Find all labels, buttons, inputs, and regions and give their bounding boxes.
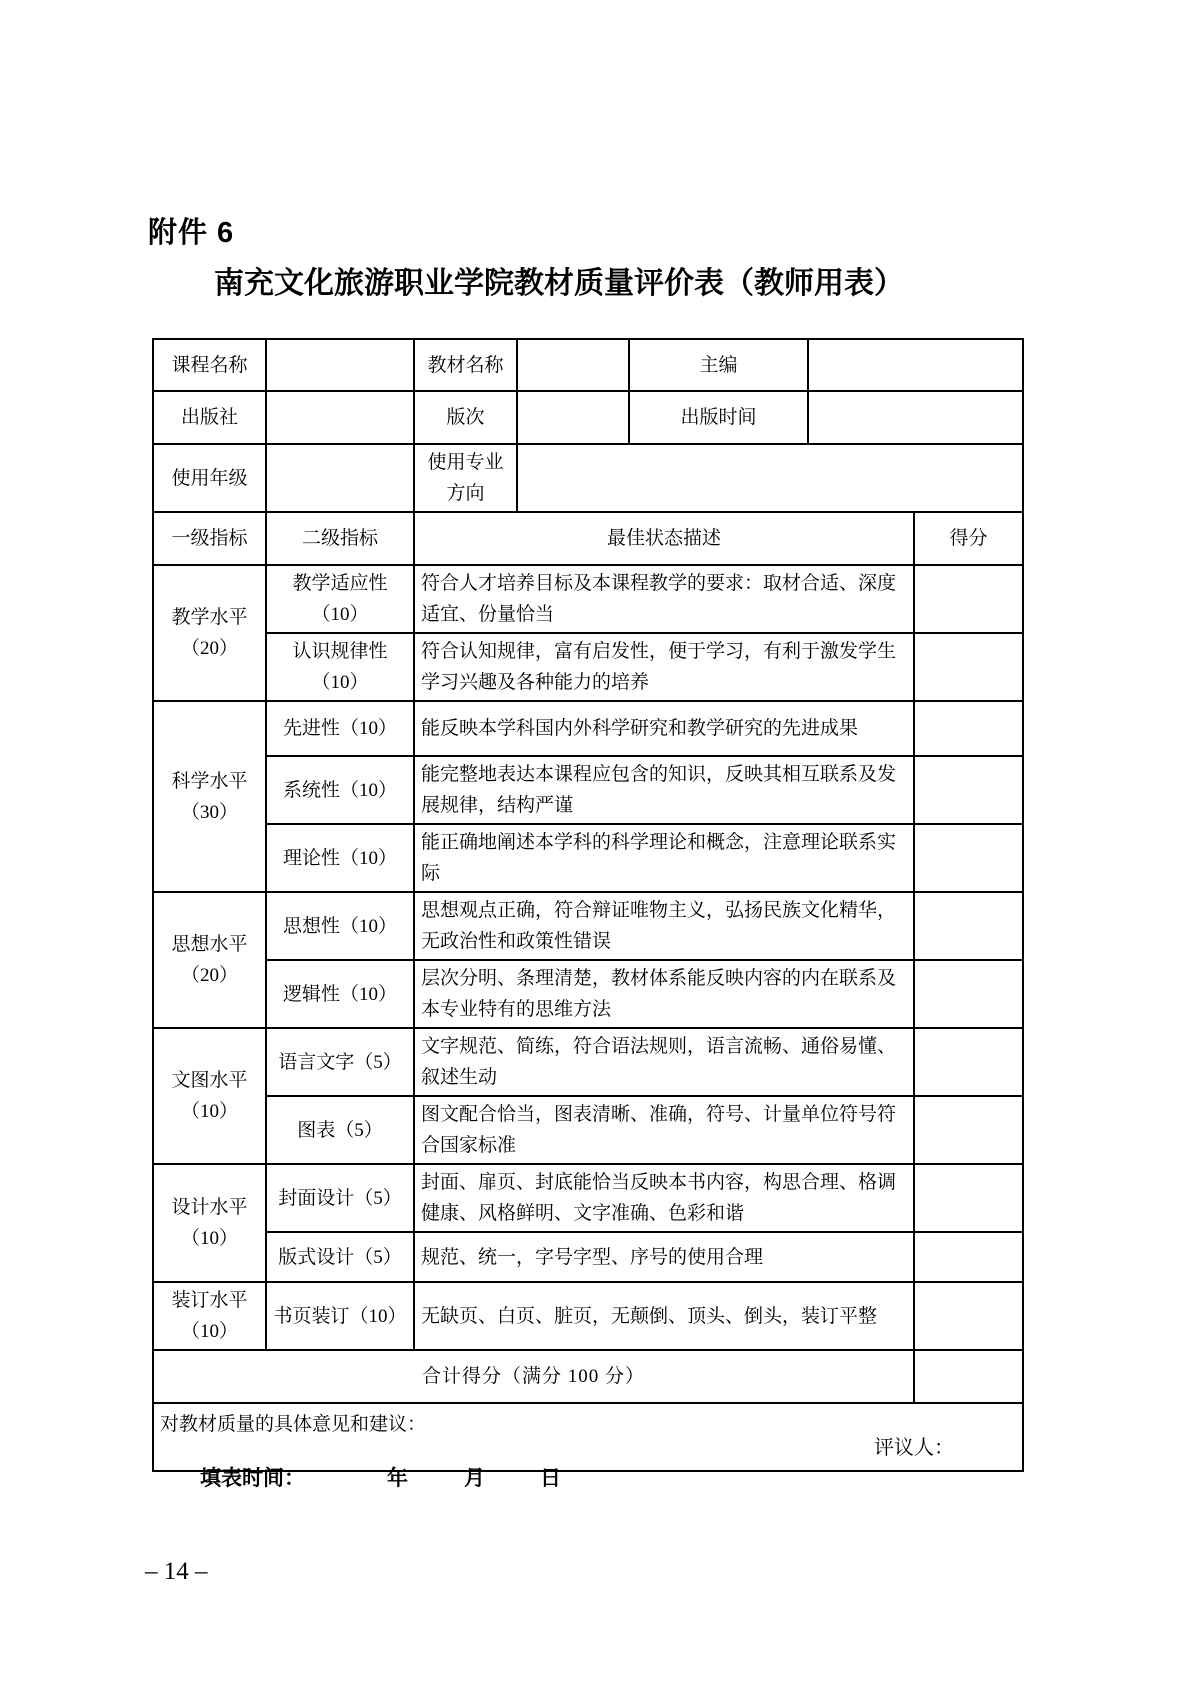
major-direction-value-cell xyxy=(517,444,1023,512)
fill-date-line: 填表时间：年月日 xyxy=(200,1462,561,1492)
score-cell xyxy=(914,1028,1023,1096)
score-cell xyxy=(914,633,1023,701)
indicator-label: 图表（5） xyxy=(266,1096,414,1164)
indicator-desc: 思想观点正确，符合辩证唯物主义，弘扬民族文化精华，无政治性和政策性错误 xyxy=(414,892,914,960)
course-name-label: 课程名称 xyxy=(153,339,266,391)
table-row: 课程名称 教材名称 主编 xyxy=(153,339,1023,391)
fill-date-label: 填表时间： xyxy=(200,1462,305,1492)
fill-date-year: 年 xyxy=(387,1462,408,1492)
section-teaching-level: 教学水平 （20） xyxy=(153,565,266,701)
score-cell xyxy=(914,1282,1023,1350)
table-row: 教学水平 （20） 教学适应性 （10） 符合人才培养目标及本课程教学的要求：取… xyxy=(153,565,1023,633)
evaluation-table: 课程名称 教材名称 主编 出版社 版次 出版时间 使用年级 使用专业 方向 一级… xyxy=(152,338,1024,1472)
publish-date-value-cell xyxy=(808,391,1023,444)
indicator-label: 系统性（10） xyxy=(266,756,414,824)
table-row: 出版社 版次 出版时间 xyxy=(153,391,1023,444)
total-score-cell xyxy=(914,1350,1023,1403)
grade-value-cell xyxy=(266,444,414,512)
score-cell xyxy=(914,1096,1023,1164)
table-row: 图表（5） 图文配合恰当，图表清晰、准确，符号、计量单位符号符合国家标准 xyxy=(153,1096,1023,1164)
section-design-level: 设计水平 （10） xyxy=(153,1164,266,1282)
indicator-desc: 文字规范、简练，符合语法规则，语言流畅、通俗易懂、叙述生动 xyxy=(414,1028,914,1096)
table-row: 逻辑性（10） 层次分明、条理清楚，教材体系能反映内容的内在联系及本专业特有的思… xyxy=(153,960,1023,1028)
document-page: 附件 6 南充文化旅游职业学院教材质量评价表（教师用表） 课程名称 教材名称 主… xyxy=(0,0,1190,1683)
header-score: 得分 xyxy=(914,512,1023,565)
section-science-level: 科学水平 （30） xyxy=(153,701,266,892)
publisher-label: 出版社 xyxy=(153,391,266,444)
comments-row: 对教材质量的具体意见和建议： 评议人： xyxy=(153,1403,1023,1471)
total-score-label: 合计得分（满分 100 分） xyxy=(153,1350,914,1403)
indicator-label: 逻辑性（10） xyxy=(266,960,414,1028)
score-cell xyxy=(914,1232,1023,1282)
chief-editor-label: 主编 xyxy=(629,339,808,391)
score-cell xyxy=(914,960,1023,1028)
comments-cell: 对教材质量的具体意见和建议： 评议人： xyxy=(153,1403,1023,1471)
table-row: 理论性（10） 能正确地阐述本学科的科学理论和概念，注意理论联系实际 xyxy=(153,824,1023,892)
indicator-desc: 无缺页、白页、脏页，无颠倒、顶头、倒头，装订平整 xyxy=(414,1282,914,1350)
section-binding-level: 装订水平 （10） xyxy=(153,1282,266,1350)
indicator-label: 版式设计（5） xyxy=(266,1232,414,1282)
reviewer-label: 评议人： xyxy=(874,1433,954,1464)
publish-date-label: 出版时间 xyxy=(629,391,808,444)
textbook-name-label: 教材名称 xyxy=(414,339,517,391)
section-text-graphic-level: 文图水平 （10） xyxy=(153,1028,266,1164)
fill-date-month: 月 xyxy=(464,1462,485,1492)
score-cell xyxy=(914,1164,1023,1232)
header-level2: 二级指标 xyxy=(266,512,414,565)
page-number: – 14 – xyxy=(145,1558,208,1586)
table-row: 版式设计（5） 规范、统一，字号字型、序号的使用合理 xyxy=(153,1232,1023,1282)
header-level1: 一级指标 xyxy=(153,512,266,565)
indicator-label: 认识规律性 （10） xyxy=(266,633,414,701)
section-ideology-level: 思想水平 （20） xyxy=(153,892,266,1028)
indicator-label: 书页装订（10） xyxy=(266,1282,414,1350)
indicator-label: 先进性（10） xyxy=(266,701,414,756)
course-name-value-cell xyxy=(266,339,414,391)
edition-value-cell xyxy=(517,391,629,444)
edition-label: 版次 xyxy=(414,391,517,444)
table-row: 使用年级 使用专业 方向 xyxy=(153,444,1023,512)
indicator-label: 思想性（10） xyxy=(266,892,414,960)
chief-editor-value-cell xyxy=(808,339,1023,391)
indicator-desc: 图文配合恰当，图表清晰、准确，符号、计量单位符号符合国家标准 xyxy=(414,1096,914,1164)
indicator-label: 封面设计（5） xyxy=(266,1164,414,1232)
major-direction-label: 使用专业 方向 xyxy=(414,444,517,512)
fill-date-day: 日 xyxy=(540,1462,561,1492)
score-cell xyxy=(914,892,1023,960)
total-row: 合计得分（满分 100 分） xyxy=(153,1350,1023,1403)
grade-label: 使用年级 xyxy=(153,444,266,512)
table-header-row: 一级指标 二级指标 最佳状态描述 得分 xyxy=(153,512,1023,565)
score-cell xyxy=(914,756,1023,824)
score-cell xyxy=(914,565,1023,633)
table-row: 设计水平 （10） 封面设计（5） 封面、扉页、封底能恰当反映本书内容，构思合理… xyxy=(153,1164,1023,1232)
indicator-desc: 能完整地表达本课程应包含的知识，反映其相互联系及发展规律，结构严谨 xyxy=(414,756,914,824)
indicator-desc: 封面、扉页、封底能恰当反映本书内容，构思合理、格调健康、风格鲜明、文字准确、色彩… xyxy=(414,1164,914,1232)
indicator-desc: 能反映本学科国内外科学研究和教学研究的先进成果 xyxy=(414,701,914,756)
page-title: 南充文化旅游职业学院教材质量评价表（教师用表） xyxy=(124,258,994,302)
table-row: 系统性（10） 能完整地表达本课程应包含的知识，反映其相互联系及发展规律，结构严… xyxy=(153,756,1023,824)
table-row: 文图水平 （10） 语言文字（5） 文字规范、简练，符合语法规则，语言流畅、通俗… xyxy=(153,1028,1023,1096)
table-row: 思想水平 （20） 思想性（10） 思想观点正确，符合辩证唯物主义，弘扬民族文化… xyxy=(153,892,1023,960)
indicator-desc: 能正确地阐述本学科的科学理论和概念，注意理论联系实际 xyxy=(414,824,914,892)
indicator-desc: 规范、统一，字号字型、序号的使用合理 xyxy=(414,1232,914,1282)
publisher-value-cell xyxy=(266,391,414,444)
attachment-label: 附件 6 xyxy=(148,210,234,251)
score-cell xyxy=(914,701,1023,756)
indicator-desc: 符合认知规律，富有启发性，便于学习，有利于激发学生学习兴趣及各种能力的培养 xyxy=(414,633,914,701)
indicator-label: 教学适应性 （10） xyxy=(266,565,414,633)
table-row: 认识规律性 （10） 符合认知规律，富有启发性，便于学习，有利于激发学生学习兴趣… xyxy=(153,633,1023,701)
indicator-label: 语言文字（5） xyxy=(266,1028,414,1096)
indicator-desc: 层次分明、条理清楚，教材体系能反映内容的内在联系及本专业特有的思维方法 xyxy=(414,960,914,1028)
comments-label: 对教材质量的具体意见和建议： xyxy=(160,1409,426,1440)
textbook-name-value-cell xyxy=(517,339,629,391)
indicator-label: 理论性（10） xyxy=(266,824,414,892)
score-cell xyxy=(914,824,1023,892)
header-best-state: 最佳状态描述 xyxy=(414,512,914,565)
table-row: 科学水平 （30） 先进性（10） 能反映本学科国内外科学研究和教学研究的先进成… xyxy=(153,701,1023,756)
table-row: 装订水平 （10） 书页装订（10） 无缺页、白页、脏页，无颠倒、顶头、倒头，装… xyxy=(153,1282,1023,1350)
indicator-desc: 符合人才培养目标及本课程教学的要求：取材合适、深度适宜、份量恰当 xyxy=(414,565,914,633)
